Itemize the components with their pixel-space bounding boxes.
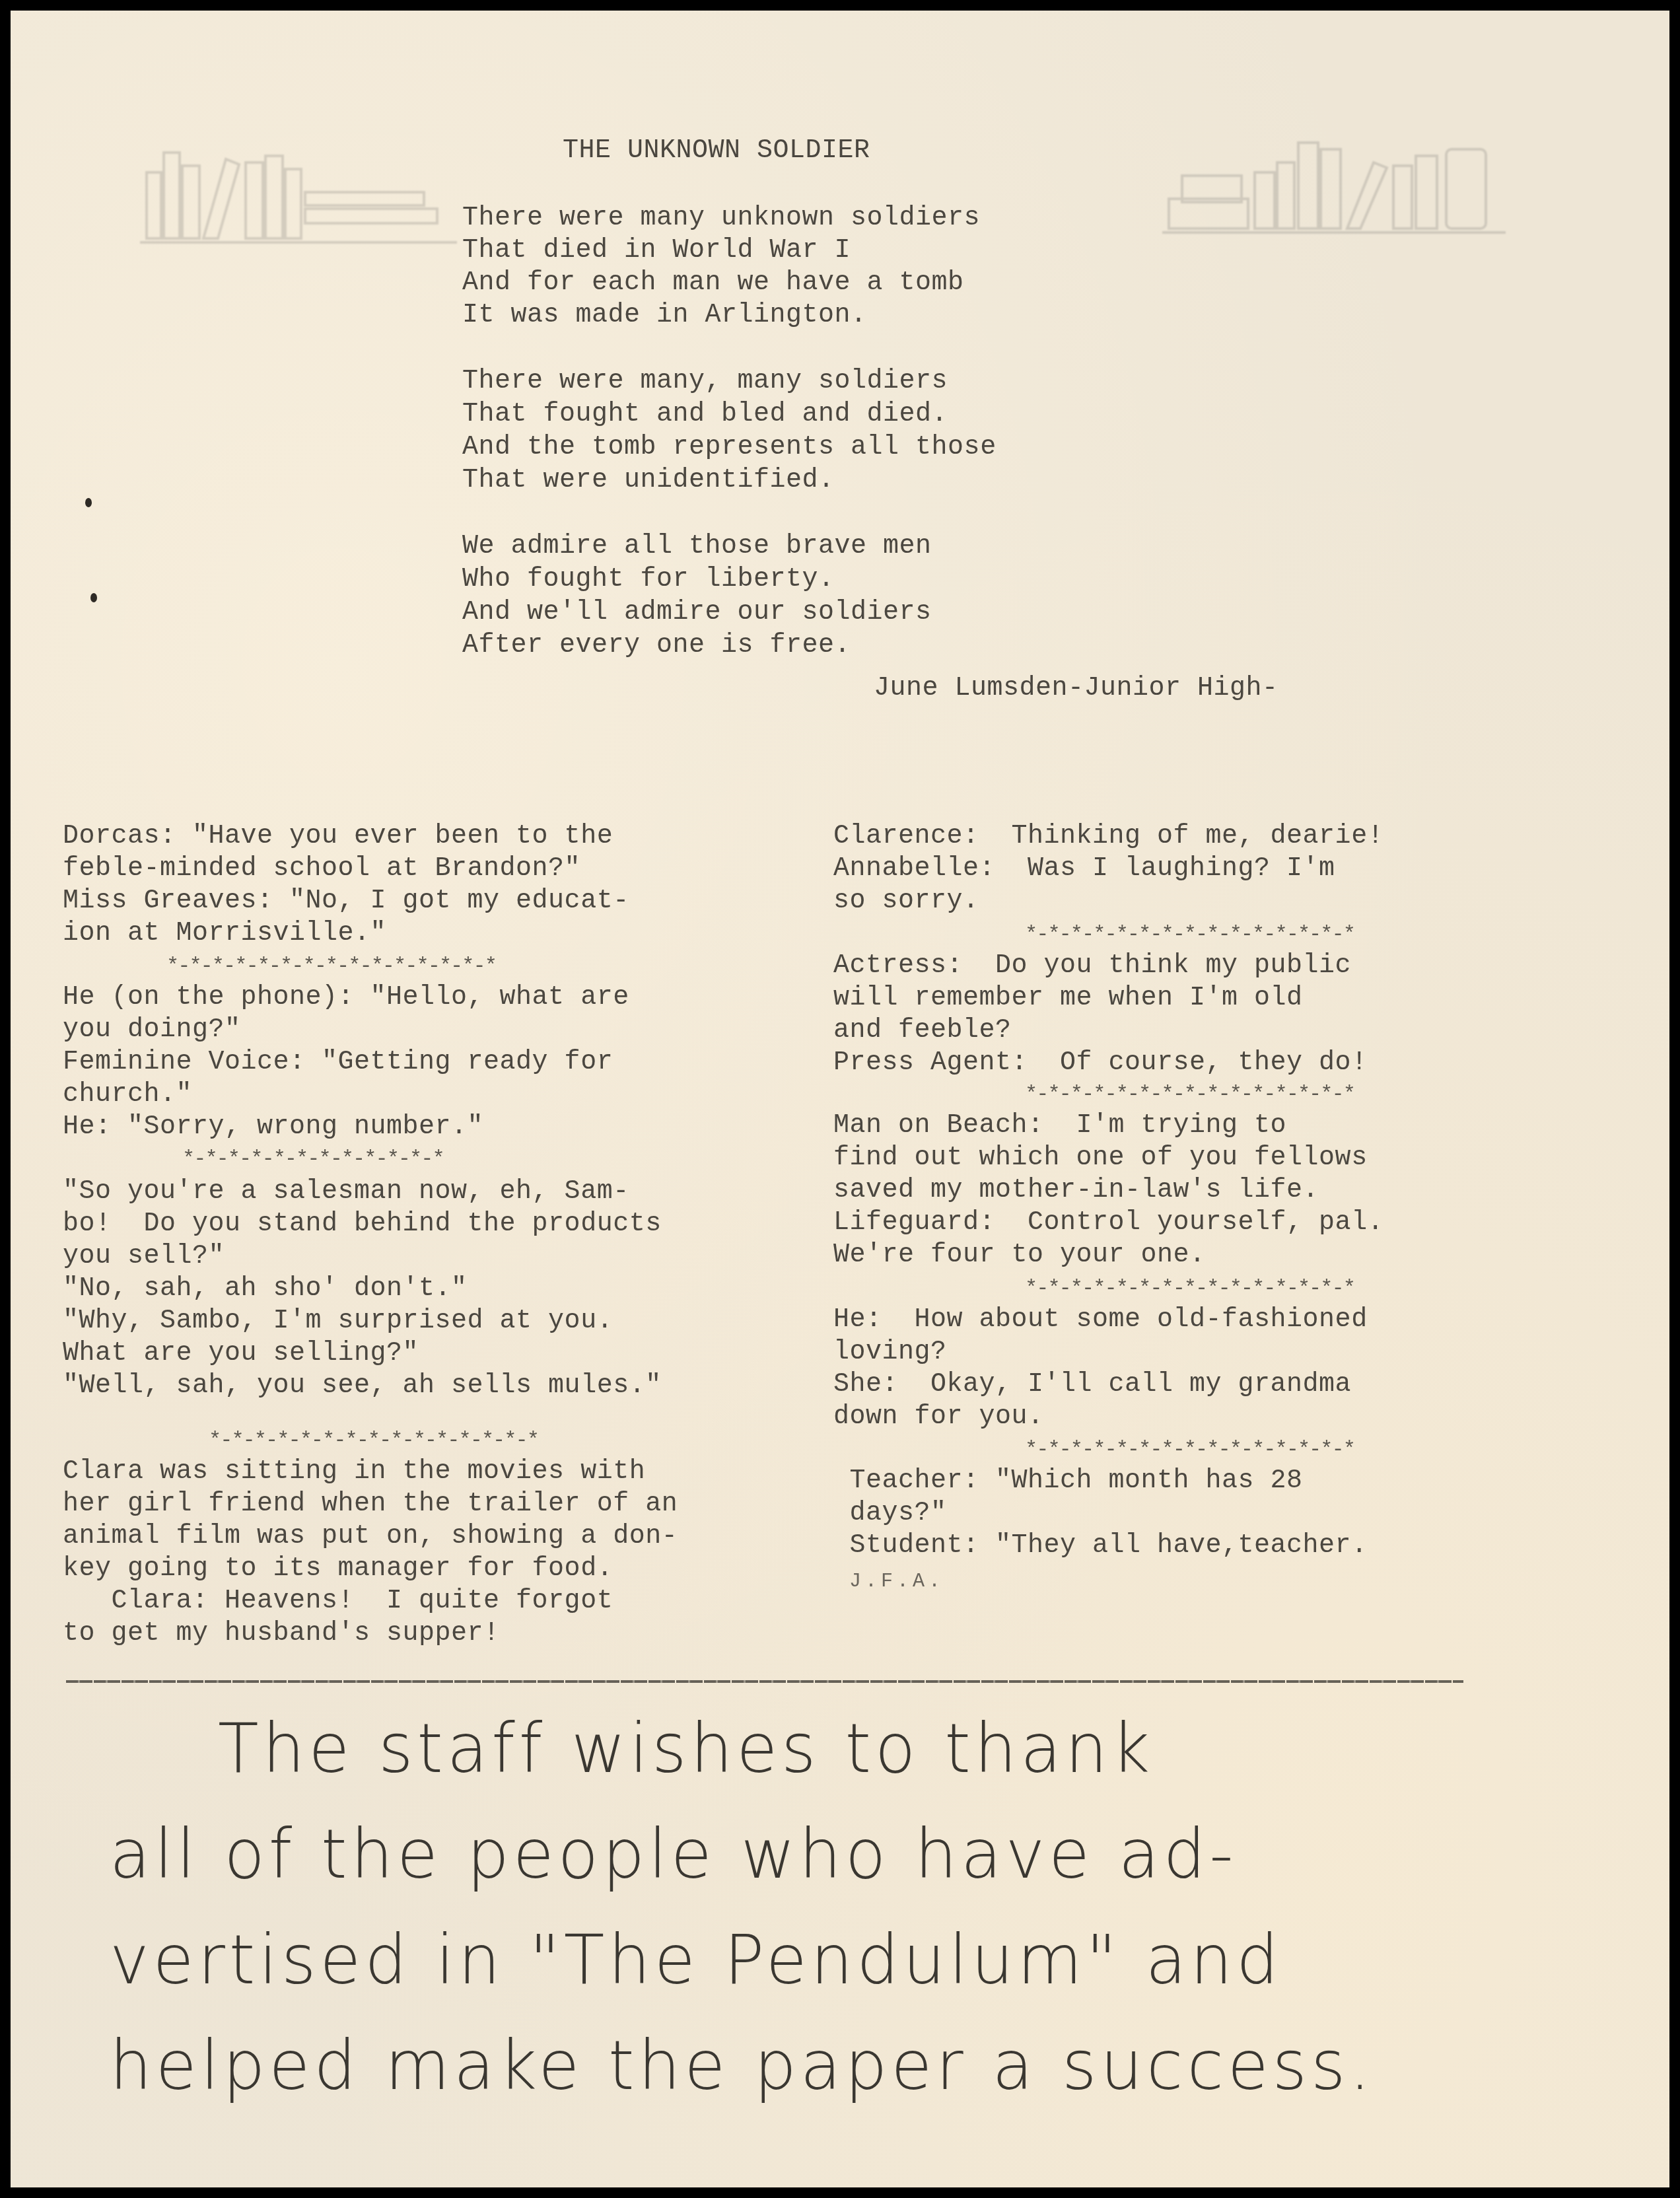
- poem-line: And for each man we have a tomb: [462, 268, 964, 298]
- newsletter-page: THE UNKNOWN SOLDIER There were many unkn…: [11, 11, 1669, 2187]
- poem-line: And we'll admire our soldiers: [462, 598, 932, 627]
- handwritten-line: vertised in "The Pendulum" and: [110, 1919, 1282, 2000]
- joke-line: you sell?": [63, 1242, 225, 1271]
- joke-line: down for you.: [833, 1402, 1044, 1432]
- joke-line: We're four to your one.: [833, 1240, 1206, 1270]
- handwritten-line: helped make the paper a success.: [110, 2025, 1374, 2106]
- joke-line: loving?: [833, 1337, 947, 1367]
- joke-line: Clara: Heavens! I quite forgot: [63, 1586, 613, 1616]
- joke-line: Press Agent: Of course, they do!: [833, 1048, 1368, 1078]
- star-divider: *-*-*-*-*-*-*-*-*-*-*-*-*-*-*: [1025, 1082, 1354, 1106]
- joke-line: He (on the phone): "Hello, what are: [63, 983, 629, 1012]
- joke-line: to get my husband's supper!: [63, 1619, 500, 1648]
- joke-line: you doing?": [63, 1015, 241, 1045]
- joke-line: "Why, Sambo, I'm surprised at you.: [63, 1306, 613, 1336]
- star-divider: *-*-*-*-*-*-*-*-*-*-*-*-*-*-*: [1025, 1437, 1354, 1462]
- joke-line: Clara was sitting in the movies with: [63, 1457, 645, 1487]
- poem-title: THE UNKNOWN SOLDIER: [563, 136, 870, 166]
- poem-byline: June Lumsden-Junior High-: [874, 674, 1278, 703]
- poem-line: And the tomb represents all those: [462, 433, 997, 462]
- joke-line: find out which one of you fellows: [833, 1143, 1368, 1173]
- poem-line: There were many, many soldiers: [462, 367, 948, 396]
- joke-line: "Well, sah, you see, ah sells mules.": [63, 1371, 662, 1401]
- joke-line: "So you're a salesman now, eh, Sam-: [63, 1177, 629, 1207]
- joke-line: Student: "They all have,teacher.: [833, 1531, 1368, 1561]
- joke-line: He: How about some old-fashioned: [833, 1305, 1368, 1335]
- joke-line: her girl friend when the trailer of an: [63, 1489, 678, 1519]
- handwritten-line: all of the people who have ad-: [110, 1814, 1238, 1894]
- joke-line: She: Okay, I'll call my grandma: [833, 1370, 1351, 1400]
- joke-line: ion at Morrisville.": [63, 919, 386, 948]
- joke-line: animal film was put on, showing a don-: [63, 1522, 678, 1551]
- ink-spot: [90, 593, 97, 602]
- poem-line: It was made in Arlington.: [462, 301, 867, 330]
- section-divider-rule: [66, 1680, 1463, 1683]
- joke-line: What are you selling?": [63, 1339, 419, 1368]
- star-divider: *-*-*-*-*-*-*-*-*-*-*-*-*-*-*: [1025, 1276, 1354, 1300]
- star-divider: *-*-*-*-*-*-*-*-*-*-*-*: [182, 1147, 444, 1171]
- joke-line: feble-minded school at Brandon?": [63, 854, 580, 884]
- joke-line: bo! Do you stand behind the products: [63, 1209, 662, 1239]
- joke-line: days?": [833, 1499, 947, 1528]
- joke-line: Man on Beach: I'm trying to: [833, 1111, 1286, 1141]
- joke-line: church.": [63, 1080, 192, 1110]
- handwritten-line: The staff wishes to thank: [218, 1708, 1154, 1789]
- joke-line: Teacher: "Which month has 28: [833, 1466, 1303, 1496]
- joke-line: He: "Sorry, wrong number.": [63, 1112, 483, 1142]
- poem-line: There were many unknown soldiers: [462, 203, 980, 233]
- joke-line: "No, sah, ah sho' don't.": [63, 1274, 468, 1304]
- bleed-through-bookshelf-left-icon: [140, 146, 457, 245]
- poem-line: After every one is free.: [462, 631, 851, 660]
- poem-line: That fought and bled and died.: [462, 400, 948, 429]
- joke-line: Dorcas: "Have you ever been to the: [63, 822, 613, 851]
- star-divider: *-*-*-*-*-*-*-*-*-*-*-*-*-*-*: [1025, 922, 1354, 946]
- joke-line: Actress: Do you think my public: [833, 951, 1351, 981]
- star-divider: *-*-*-*-*-*-*-*-*-*-*-*-*-*-*: [209, 1428, 538, 1452]
- joke-line: key going to its manager for food.: [63, 1554, 613, 1584]
- bleed-through-bookshelf-right-icon: [1162, 136, 1578, 235]
- poem-line: That were unidentified.: [462, 466, 835, 495]
- joke-line: and feeble?: [833, 1016, 1012, 1046]
- joke-line: Feminine Voice: "Getting ready for: [63, 1047, 613, 1077]
- star-divider: *-*-*-*-*-*-*-*-*-*-*-*-*-*-*: [166, 954, 496, 978]
- poem-line: We admire all those brave men: [462, 532, 932, 561]
- joke-line: Annabelle: Was I laughing? I'm: [833, 854, 1335, 884]
- author-initials: J.F.A.: [833, 1571, 944, 1593]
- joke-line: saved my mother-in-law's life.: [833, 1176, 1319, 1205]
- joke-line: so sorry.: [833, 886, 979, 916]
- poem-line: That died in World War I: [462, 236, 851, 266]
- joke-line: Miss Greaves: "No, I got my educat-: [63, 886, 629, 916]
- joke-line: will remember me when I'm old: [833, 983, 1303, 1013]
- joke-line: Lifeguard: Control yourself, pal.: [833, 1208, 1383, 1238]
- ink-spot: [85, 498, 92, 507]
- joke-line: Clarence: Thinking of me, dearie!: [833, 822, 1383, 851]
- poem-line: Who fought for liberty.: [462, 565, 835, 594]
